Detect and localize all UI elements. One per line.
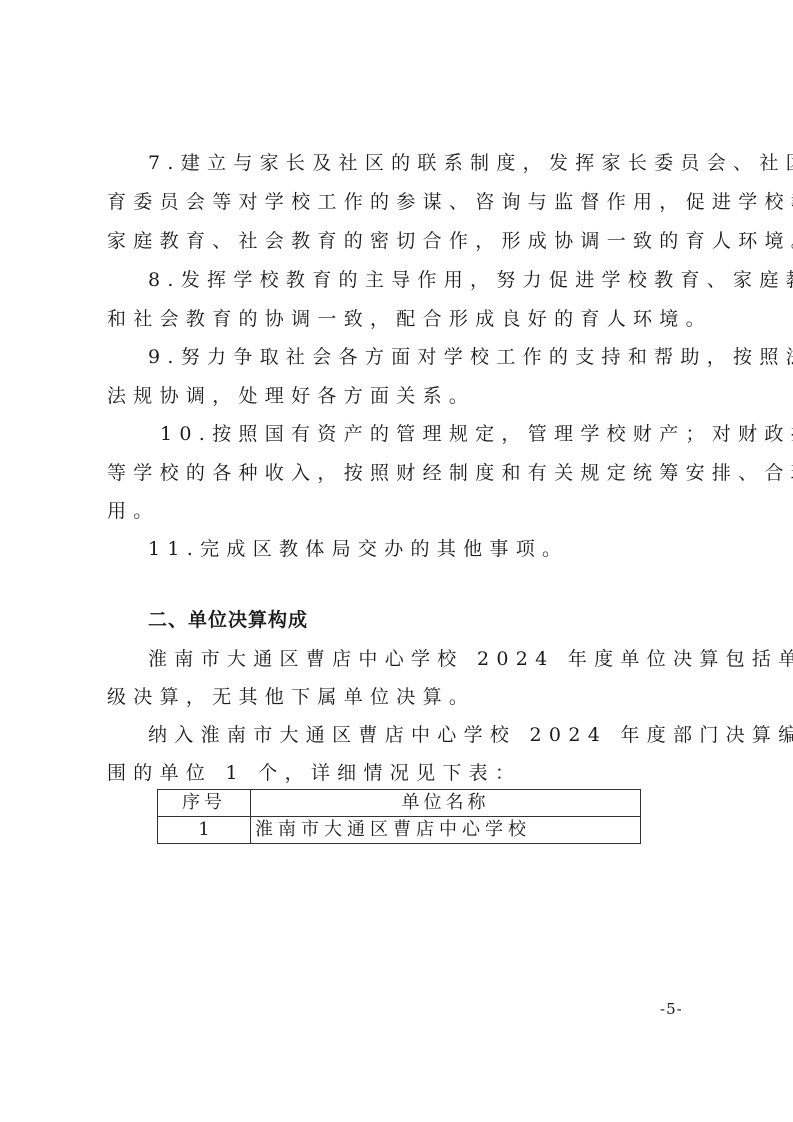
paragraph-10-line-2: 等学校的各种收入，按照财经制度和有关规定统筹安排、合理使 [107, 461, 697, 485]
table-header-row: 序号 单位名称 [158, 790, 641, 817]
page-number: -5- [660, 1000, 683, 1018]
section2-para1-line-1: 淮南市大通区曹店中心学校 2024 年度单位决算包括单位本 [148, 647, 738, 671]
paragraph-10-line-1: 10.按照国有资产的管理规定，管理学校财产；对财政拨款、 [160, 422, 750, 446]
units-table: 序号 单位名称 1 淮南市大通区曹店中心学校 [157, 789, 641, 844]
paragraph-7-line-2: 育委员会等对学校工作的参谋、咨询与监督作用，促进学校教育、 [107, 190, 697, 214]
paragraph-8-line-2: 和社会教育的协调一致，配合形成良好的育人环境。 [107, 307, 697, 331]
cell-serial: 1 [158, 817, 251, 844]
paragraph-9-line-1: 9.努力争取社会各方面对学校工作的支持和帮助，按照法律 [148, 345, 738, 369]
document-page: 7.建立与家长及社区的联系制度，发挥家长委员会、社区教 育委员会等对学校工作的参… [0, 0, 793, 1122]
paragraph-9-line-2: 法规协调，处理好各方面关系。 [107, 384, 697, 408]
section-heading: 二、单位决算构成 [148, 608, 308, 632]
section2-para1-line-2: 级决算，无其他下属单位决算。 [107, 685, 697, 709]
cell-unit-name: 淮南市大通区曹店中心学校 [251, 817, 641, 844]
paragraph-11-line-1: 11.完成区教体局交办的其他事项。 [148, 537, 738, 561]
section2-para2-line-2: 围的单位 1 个，详细情况见下表： [107, 761, 697, 785]
paragraph-7-line-1: 7.建立与家长及社区的联系制度，发挥家长委员会、社区教 [148, 151, 738, 175]
paragraph-10-line-3: 用。 [107, 499, 697, 523]
header-unit-name: 单位名称 [251, 790, 641, 817]
table-row: 1 淮南市大通区曹店中心学校 [158, 817, 641, 844]
section2-para2-line-1: 纳入淮南市大通区曹店中心学校 2024 年度部门决算编制范 [148, 723, 738, 747]
paragraph-8-line-1: 8.发挥学校教育的主导作用，努力促进学校教育、家庭教育 [148, 268, 738, 292]
paragraph-7-line-3: 家庭教育、社会教育的密切合作，形成协调一致的育人环境。 [107, 229, 697, 253]
header-serial: 序号 [158, 790, 251, 817]
